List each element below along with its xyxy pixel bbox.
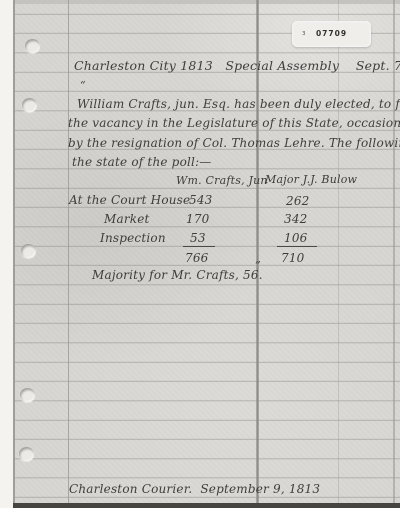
fold-crease-line xyxy=(256,0,259,504)
paper-edge-line xyxy=(13,0,15,504)
title-line: Charleston City 1813 Special Assembly Se… xyxy=(74,58,400,73)
punch-hole xyxy=(21,244,36,258)
faint-crease-line xyxy=(338,0,339,504)
citation-line: Charleston Courier. September 9, 1813 xyxy=(69,482,320,496)
margin-rule-line xyxy=(68,0,69,504)
scan-bottom-edge xyxy=(13,503,400,508)
vote-value-crafts-inspection-wrap: 53 xyxy=(183,231,215,247)
punch-hole xyxy=(22,98,37,112)
punch-hole xyxy=(19,447,34,461)
total-crafts: 766 xyxy=(185,251,209,265)
faint-crease-line xyxy=(393,0,395,504)
paragraph-line-3: by the resignation of Col. Thomas Lehre.… xyxy=(68,136,400,150)
majority-line: Majority for Mr. Crafts, 56. xyxy=(92,268,263,282)
row-label-court-house: At the Court House xyxy=(69,193,190,207)
row-label-market: Market xyxy=(104,212,150,226)
row-label-inspection: Inspection xyxy=(100,231,166,245)
scan-top-edge xyxy=(13,0,400,4)
open-quote: “ xyxy=(80,79,86,92)
close-quote: ” xyxy=(255,259,261,272)
vote-value-crafts-inspection: 53 xyxy=(183,231,215,247)
vote-value-bulow-market: 342 xyxy=(284,212,308,226)
total-bulow: 710 xyxy=(281,251,305,265)
catalog-label-number: 07709 xyxy=(292,29,371,38)
vote-value-bulow-court: 262 xyxy=(286,194,310,208)
column-header-bulow: Major J.J. Bulow xyxy=(265,173,357,186)
paragraph-line-4: the state of the poll:— xyxy=(72,155,212,169)
vote-value-bulow-inspection-wrap: 106 xyxy=(277,231,317,247)
paragraph-line-1: William Crafts, jun. Esq. has been duly … xyxy=(77,97,400,111)
scan-background-strip xyxy=(0,0,13,508)
column-header-crafts: Wm. Crafts, Jun xyxy=(176,174,268,187)
paragraph-line-2: the vacancy in the Legislature of this S… xyxy=(68,116,400,130)
catalog-label: 3 07709 xyxy=(292,21,371,47)
vote-value-crafts-market: 170 xyxy=(186,212,210,226)
punch-hole xyxy=(20,388,35,402)
scanned-document-page: 3 07709 Charleston City 1813 Special Ass… xyxy=(0,0,400,508)
vote-value-crafts-court: 543 xyxy=(189,193,213,207)
punch-hole xyxy=(25,39,40,53)
vote-value-bulow-inspection: 106 xyxy=(277,231,317,247)
